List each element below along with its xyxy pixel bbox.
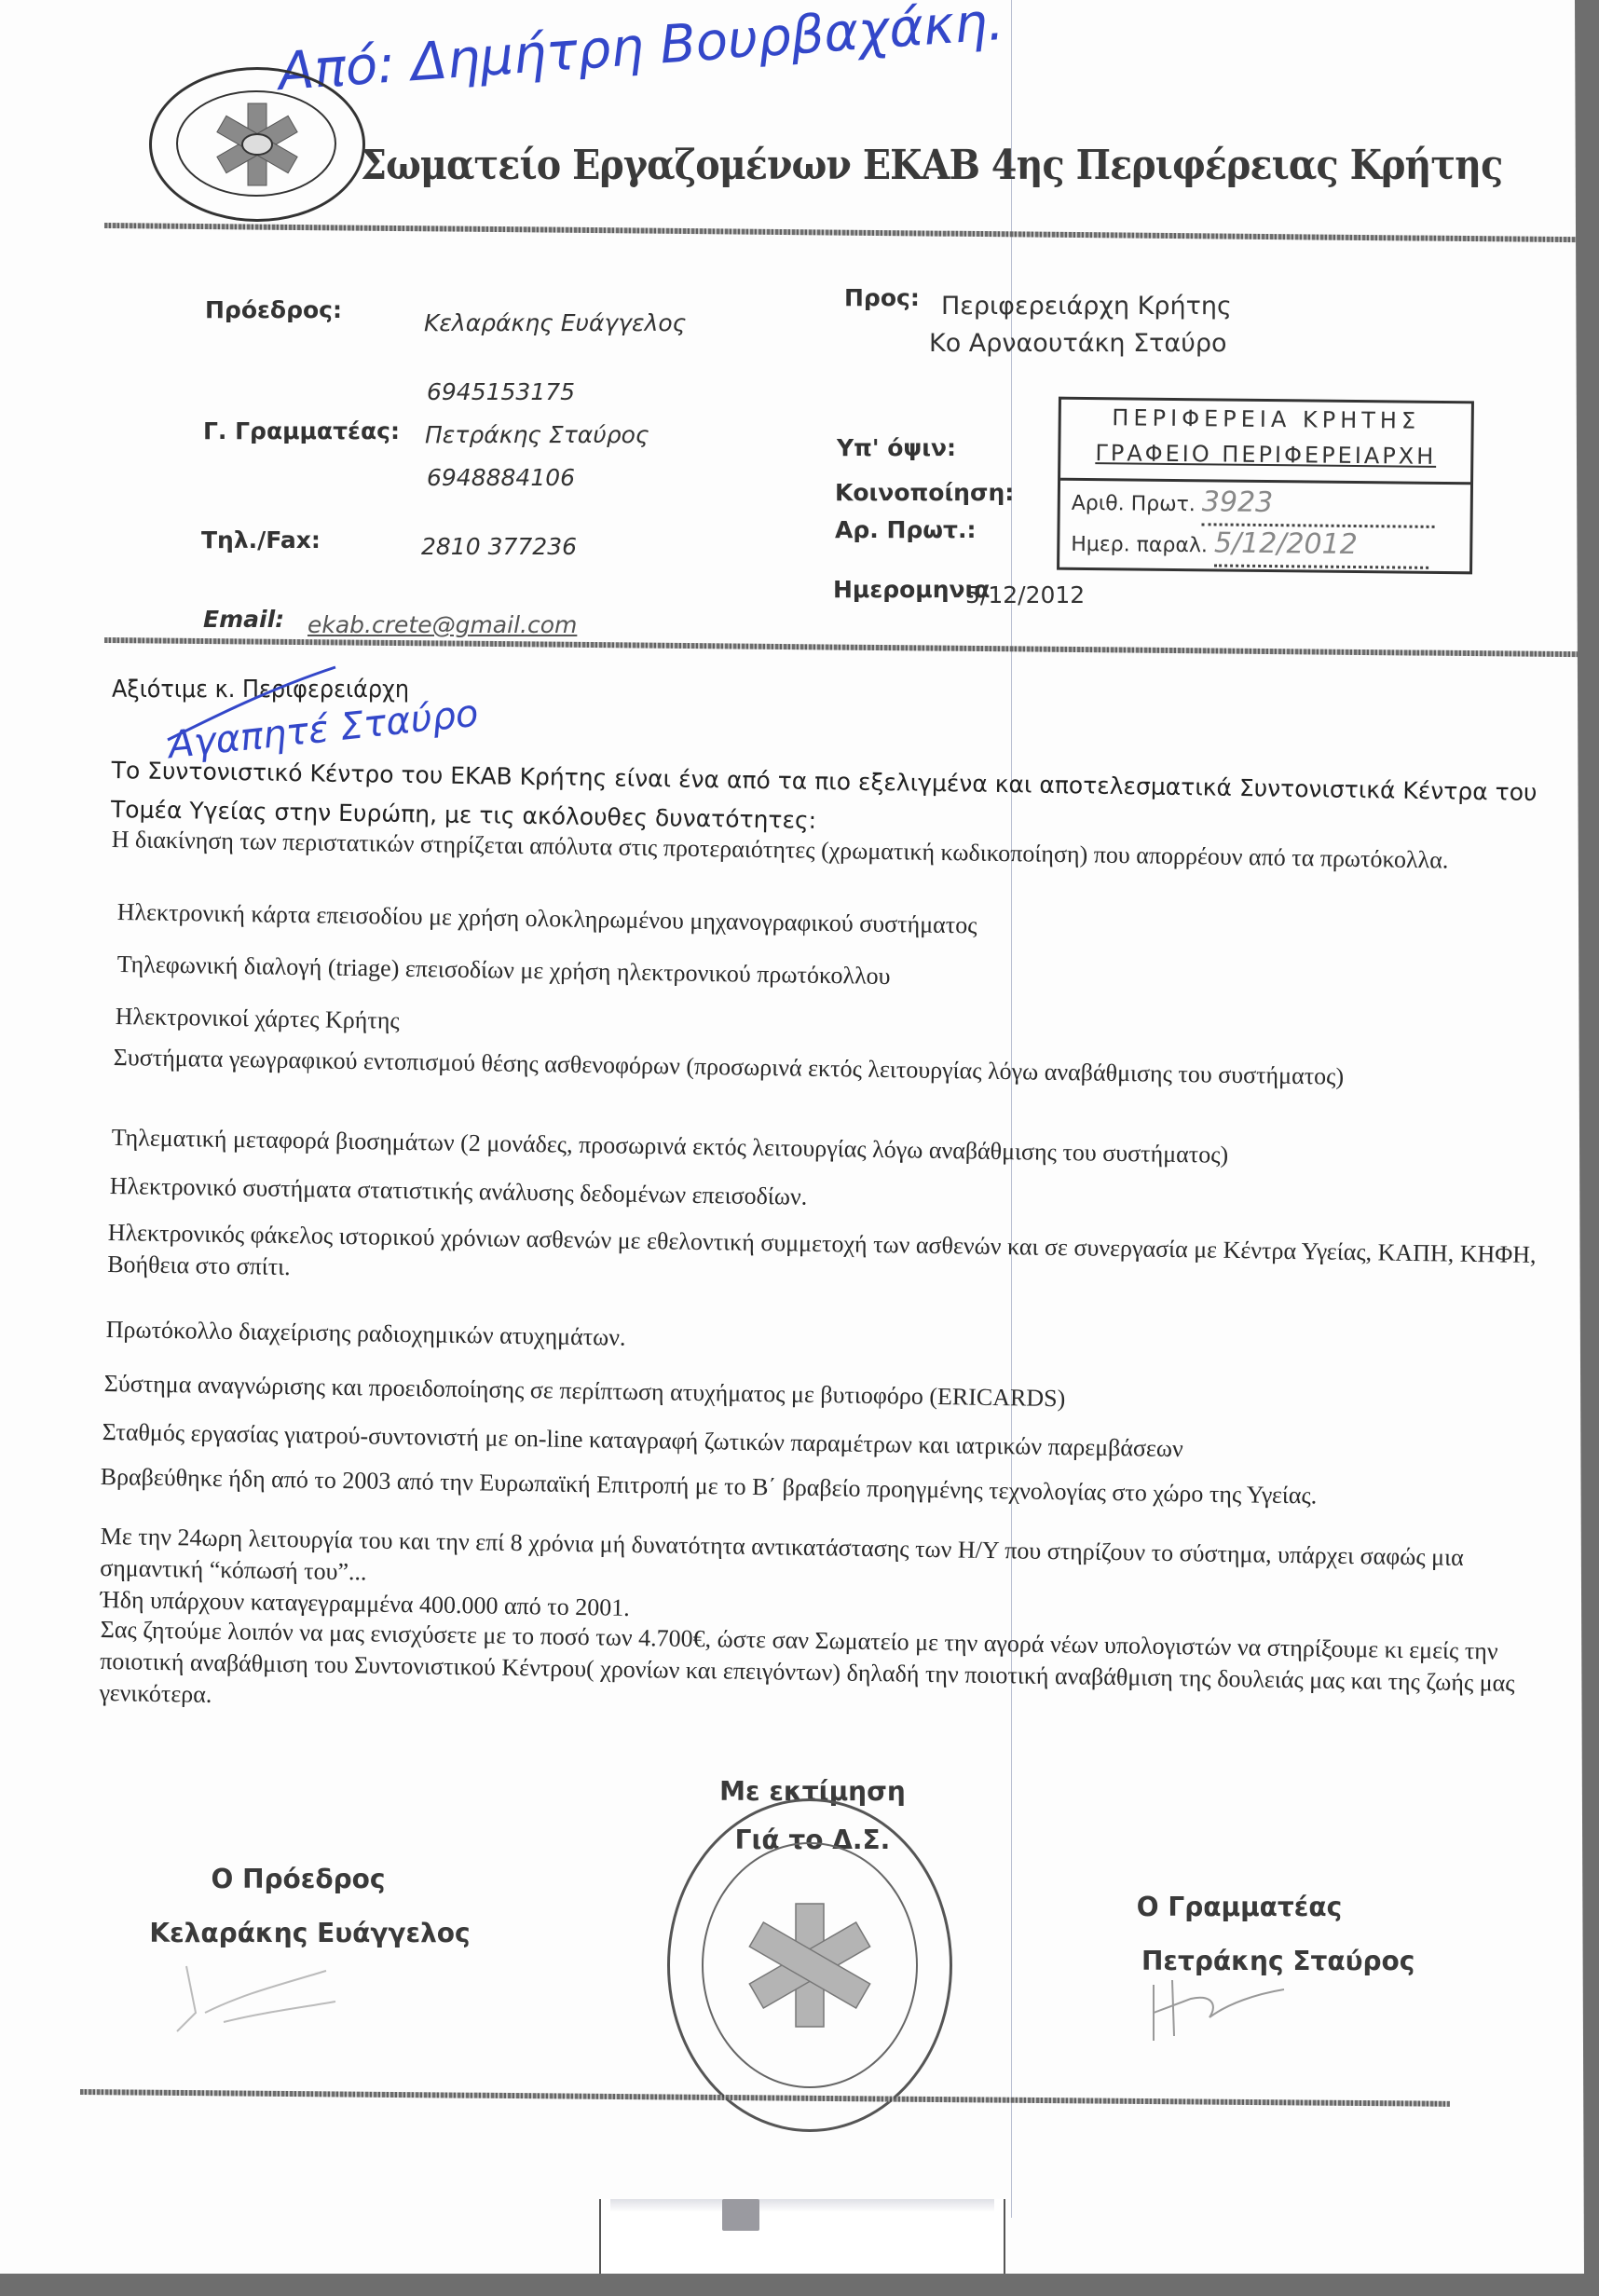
union-logo-seal-icon	[149, 67, 365, 222]
secretary-label: Γ. Γραμματέας:	[203, 417, 400, 444]
protocol-label: Αρ. Πρωτ.:	[835, 516, 976, 543]
union-seal-stamp-icon	[667, 1798, 952, 2132]
to-line-2: Κο Αρναουτάκη Σταύρο	[929, 329, 1227, 358]
star-of-life-icon	[211, 98, 304, 191]
phone-fax-value: 2810 377236	[421, 533, 577, 560]
paragraph-triage: Τηλεφωνική διαλογή (triage) επεισοδίων μ…	[116, 949, 1533, 1003]
stamp-protocol-number: 3923	[1202, 482, 1435, 528]
paragraph-workstation: Σταθμός εργασίας γιατρού-συντονιστή με o…	[102, 1416, 1537, 1470]
stamp-date-value: 5/12/2012	[1214, 523, 1428, 568]
secretary-title: Ο Γραμματέας	[1127, 1892, 1351, 1922]
handwritten-from-note: Από: Δημήτρη Βουρβαχάκη.	[277, 0, 1006, 102]
cc-label: Κοινοποίηση:	[835, 479, 1014, 506]
star-of-life-icon	[740, 1895, 880, 2035]
attention-label: Υπ' όψιν:	[837, 434, 956, 461]
received-stamp: ΠΕΡΙΦΕΡΕΙΑ ΚΡΗΤΗΣ ΓΡΑΦΕΙΟ ΠΕΡΙΦΕΡΕΙΑΡΧΗ …	[1057, 397, 1474, 575]
secretary-name: Πετράκης Σταύρος	[425, 421, 649, 448]
stamp-protocol-row: Αριθ. Πρωτ. 3923	[1060, 481, 1470, 526]
president-name: Κελαράκης Ευάγγελος	[424, 309, 686, 336]
president-title: Ο Πρόεδρος	[177, 1864, 419, 1894]
stamp-date-label: Ημερ. παραλ.	[1071, 533, 1208, 558]
stamp-date-row: Ημερ. παραλ. 5/12/2012	[1059, 522, 1469, 567]
paragraph-statistics: Ηλεκτρονικό συστήματα στατιστικής ανάλυσ…	[109, 1170, 1544, 1224]
scanner-strip	[599, 2199, 1005, 2277]
paragraph-ericards: Σύστημα αναγνώρισης και προειδοποίησης σ…	[103, 1368, 1538, 1422]
date-value: 5/12/2012	[965, 581, 1085, 608]
stamp-protocol-label: Αριθ. Πρωτ.	[1072, 492, 1196, 516]
phone-fax-label: Τηλ./Fax:	[201, 526, 321, 553]
president-phone: 6945153175	[427, 378, 575, 405]
paragraph-award: Βραβεύθηκε ήδη από το 2003 από την Ευρωπ…	[100, 1461, 1451, 1514]
handwritten-strike-icon	[158, 665, 345, 749]
sender-divider	[104, 637, 1578, 657]
president-label: Πρόεδρος:	[205, 296, 342, 323]
to-label: Προς:	[844, 284, 920, 311]
stamp-office-line: ΓΡΑΦΕΙΟ ΠΕΡΙΦΕΡΕΙΑΡΧΗ	[1060, 435, 1470, 475]
scanned-letter-page: Από: Δημήτρη Βουρβαχάκη. Σωματείο Εργαζο…	[0, 0, 1584, 2274]
email-link[interactable]: ekab.crete@gmail.com	[307, 611, 577, 638]
stamp-region-line: ΠΕΡΙΦΕΡΕΙΑ ΚΡΗΤΗΣ	[1061, 400, 1471, 440]
to-line-1: Περιφερειάρχη Κρήτης	[941, 292, 1232, 321]
header-divider	[104, 223, 1577, 242]
email-label: Email:	[203, 606, 284, 633]
organization-title: Σωματείο Εργαζομένων ΕΚΑΒ 4ης Περιφέρεια…	[361, 142, 1502, 189]
film-icon	[722, 2199, 759, 2231]
paragraph-electronic-card: Ηλεκτρονική κάρτα επεισοδίου με χρήση ολ…	[116, 896, 1533, 950]
president-signature-icon	[168, 1957, 354, 2041]
paragraph-patient-file: Ηλεκτρονικός φάκελος ιστορικού χρόνιων α…	[107, 1217, 1543, 1303]
president-sign-name: Κελαράκης Ευάγγελος	[149, 1918, 471, 1948]
paragraph-radiochemical: Πρωτόκολλο διαχείρισης ραδιοχημικών ατυχ…	[105, 1314, 1540, 1368]
paragraph-telemetry: Τηλεματική μεταφορά βιοσημάτων (2 μονάδε…	[111, 1122, 1546, 1176]
secretary-signature-icon	[1144, 1966, 1312, 2050]
secretary-phone: 6948884106	[427, 464, 575, 491]
